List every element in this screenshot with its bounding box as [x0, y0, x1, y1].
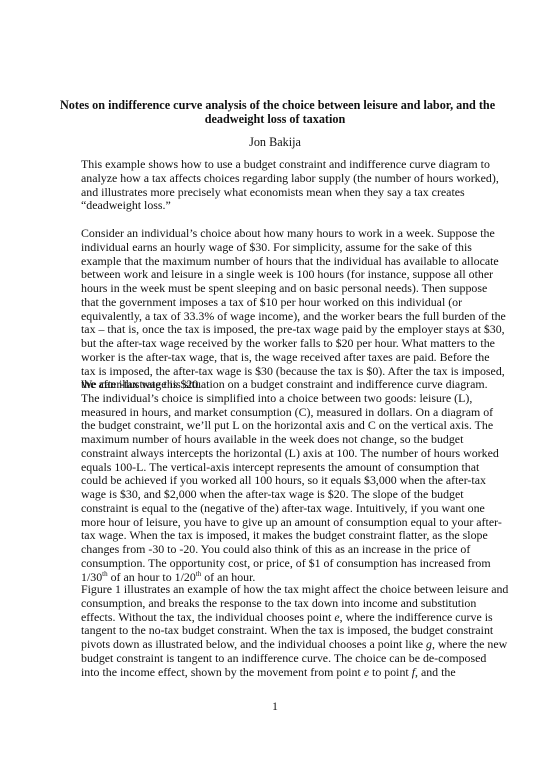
text-line: constraint is equal to the (negative of … [81, 502, 481, 516]
text-line: tax – that is, once the tax is imposed, … [81, 323, 481, 337]
text-line: pivots down as illustrated below, and th… [81, 638, 481, 652]
text-line: individual earns an hourly wage of $30. … [81, 241, 481, 255]
paragraph-example-setup: Consider an individual’s choice about ho… [81, 227, 481, 392]
text-line: between work and leisure in a single wee… [81, 268, 481, 282]
text-line: tangent to the no-tax budget constraint.… [81, 624, 481, 638]
text-line: consumption, and breaks the response to … [81, 597, 481, 611]
text-line: This example shows how to use a budget c… [81, 158, 481, 172]
text-line: changes from -30 to -20. You could also … [81, 543, 481, 557]
author-name: Jon Bakija [60, 135, 490, 149]
text-line: consumption. The opportunity cost, or pr… [81, 557, 481, 571]
text-line: wage is $30, and $2,000 when the after-t… [81, 488, 481, 502]
document-page: Notes on indifference curve analysis of … [0, 0, 550, 777]
text-fragment: to point [369, 665, 412, 679]
text-line: into the income effect, shown by the mov… [81, 666, 481, 680]
paragraph-intro: This example shows how to use a budget c… [81, 158, 481, 213]
text-fragment: into the income effect, shown by the mov… [81, 665, 364, 679]
text-line: the budget constraint, we’ll put L on th… [81, 419, 481, 433]
document-title: Notes on indifference curve analysis of … [60, 98, 490, 126]
text-fragment: , where the indifference curve is [340, 610, 493, 624]
text-line: constraint always intercepts the horizon… [81, 447, 481, 461]
text-line: Consider an individual’s choice about ho… [81, 227, 481, 241]
title-line: Notes on indifference curve analysis of … [60, 98, 490, 112]
text-fragment: , where the new [432, 637, 507, 651]
text-line: tax wage. When the tax is imposed, it ma… [81, 529, 481, 543]
text-line: maximum number of hours available in the… [81, 433, 481, 447]
text-line: equivalently, a tax of 33.3% of wage inc… [81, 310, 481, 324]
text-line: budget constraint is tangent to an indif… [81, 652, 481, 666]
text-line: could be achieved if you worked all 100 … [81, 474, 481, 488]
text-line: but the after-tax wage received by the w… [81, 337, 481, 351]
title-line: deadweight loss of taxation [60, 112, 490, 126]
text-line: worker is the after-tax wage, that is, t… [81, 351, 481, 365]
text-line: that the government imposes a tax of $10… [81, 296, 481, 310]
text-line: more hour of leisure, you have to give u… [81, 516, 481, 530]
text-line: and illustrates more precisely what econ… [81, 186, 481, 200]
text-line: measured in hours, and market consumptio… [81, 406, 481, 420]
paragraph-budget-constraint: We can illustrate this situation on a bu… [81, 378, 481, 584]
paragraph-figure-1: Figure 1 illustrates an example of how t… [81, 583, 481, 679]
text-fragment: , and the [415, 665, 456, 679]
text-line: analyze how a tax affects choices regard… [81, 172, 481, 186]
text-line: The individual’s choice is simplified in… [81, 392, 481, 406]
page-number: 1 [0, 701, 550, 713]
text-line: effects. Without the tax, the individual… [81, 611, 481, 625]
text-line: Figure 1 illustrates an example of how t… [81, 583, 481, 597]
text-fragment: pivots down as illustrated below, and th… [81, 637, 426, 651]
text-line: hours in the week must be spent sleeping… [81, 282, 481, 296]
text-line: example that the maximum number of hours… [81, 255, 481, 269]
text-fragment: effects. Without the tax, the individual… [81, 610, 334, 624]
text-line: We can illustrate this situation on a bu… [81, 378, 481, 392]
text-line: equals 100-L. The vertical-axis intercep… [81, 461, 481, 475]
text-line: “deadweight loss.” [81, 199, 481, 213]
